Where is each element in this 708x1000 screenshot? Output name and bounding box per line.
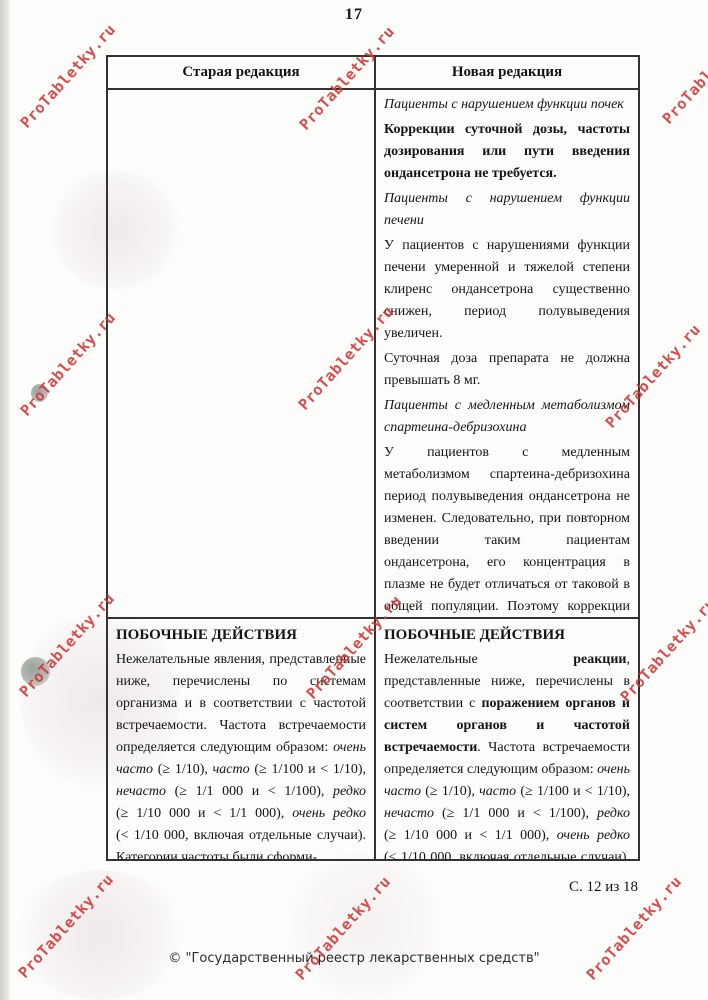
section-title-side-effects-old: ПОБОЧНЫЕ ДЕЙСТВИЯ (116, 624, 366, 646)
new-edition-cell-row1: Пациенты с нарушением функции почекКорре… (374, 90, 638, 617)
paragraph: У пациентов с медленным метаболизмом спа… (384, 442, 630, 617)
scan-artifact-dot (31, 384, 48, 402)
scan-edge-strip (0, 0, 10, 1000)
side-effects-text-new: Нежелательные реакции, представленные ни… (384, 649, 630, 859)
paragraph: У пациентов с нарушениями функции печени… (384, 235, 630, 345)
paragraph: Пациенты с медленным метаболизмом спарте… (384, 395, 630, 439)
copyright-line: © "Государственный реестр лекарственных … (0, 951, 708, 966)
paragraph: Нежелательные явления, представленные ни… (116, 649, 366, 859)
scan-smudge (290, 850, 440, 1000)
paragraph: Суточная доза препарата не должна превыш… (384, 348, 630, 392)
old-edition-cell-row1 (108, 90, 374, 617)
new-edition-cell-row2: ПОБОЧНЫЕ ДЕЙСТВИЯ Нежелательные реакции,… (374, 617, 638, 859)
comparison-table: Старая редакция Новая редакция Пациенты … (106, 55, 640, 861)
scan-artifact-dot (21, 657, 50, 686)
paragraph: Нежелательные реакции, представленные ни… (384, 649, 630, 859)
column-header-old-edition: Старая редакция (108, 57, 374, 90)
page-counter: С. 12 из 18 (0, 879, 638, 896)
paragraph: Коррекции суточной дозы, частоты дозиров… (384, 119, 630, 185)
paragraph: Пациенты с нарушением функции почек (384, 94, 630, 116)
column-header-new-edition: Новая редакция (374, 57, 638, 90)
page-number: 17 (0, 6, 708, 24)
section-title-side-effects-new: ПОБОЧНЫЕ ДЕЙСТВИЯ (384, 624, 630, 646)
scanned-document-page: 17 Старая редакция Новая редакция Пациен… (0, 0, 708, 1000)
watermark-text: ProTabletky.ru (13, 587, 120, 703)
side-effects-text-old: Нежелательные явления, представленные ни… (116, 649, 366, 859)
paragraph: Пациенты с нарушением функции печени (384, 188, 630, 232)
old-edition-cell-row2: ПОБОЧНЫЕ ДЕЙСТВИЯ Нежелательные явления,… (108, 617, 374, 859)
watermark-text: ProTabletky.ru (656, 14, 708, 130)
